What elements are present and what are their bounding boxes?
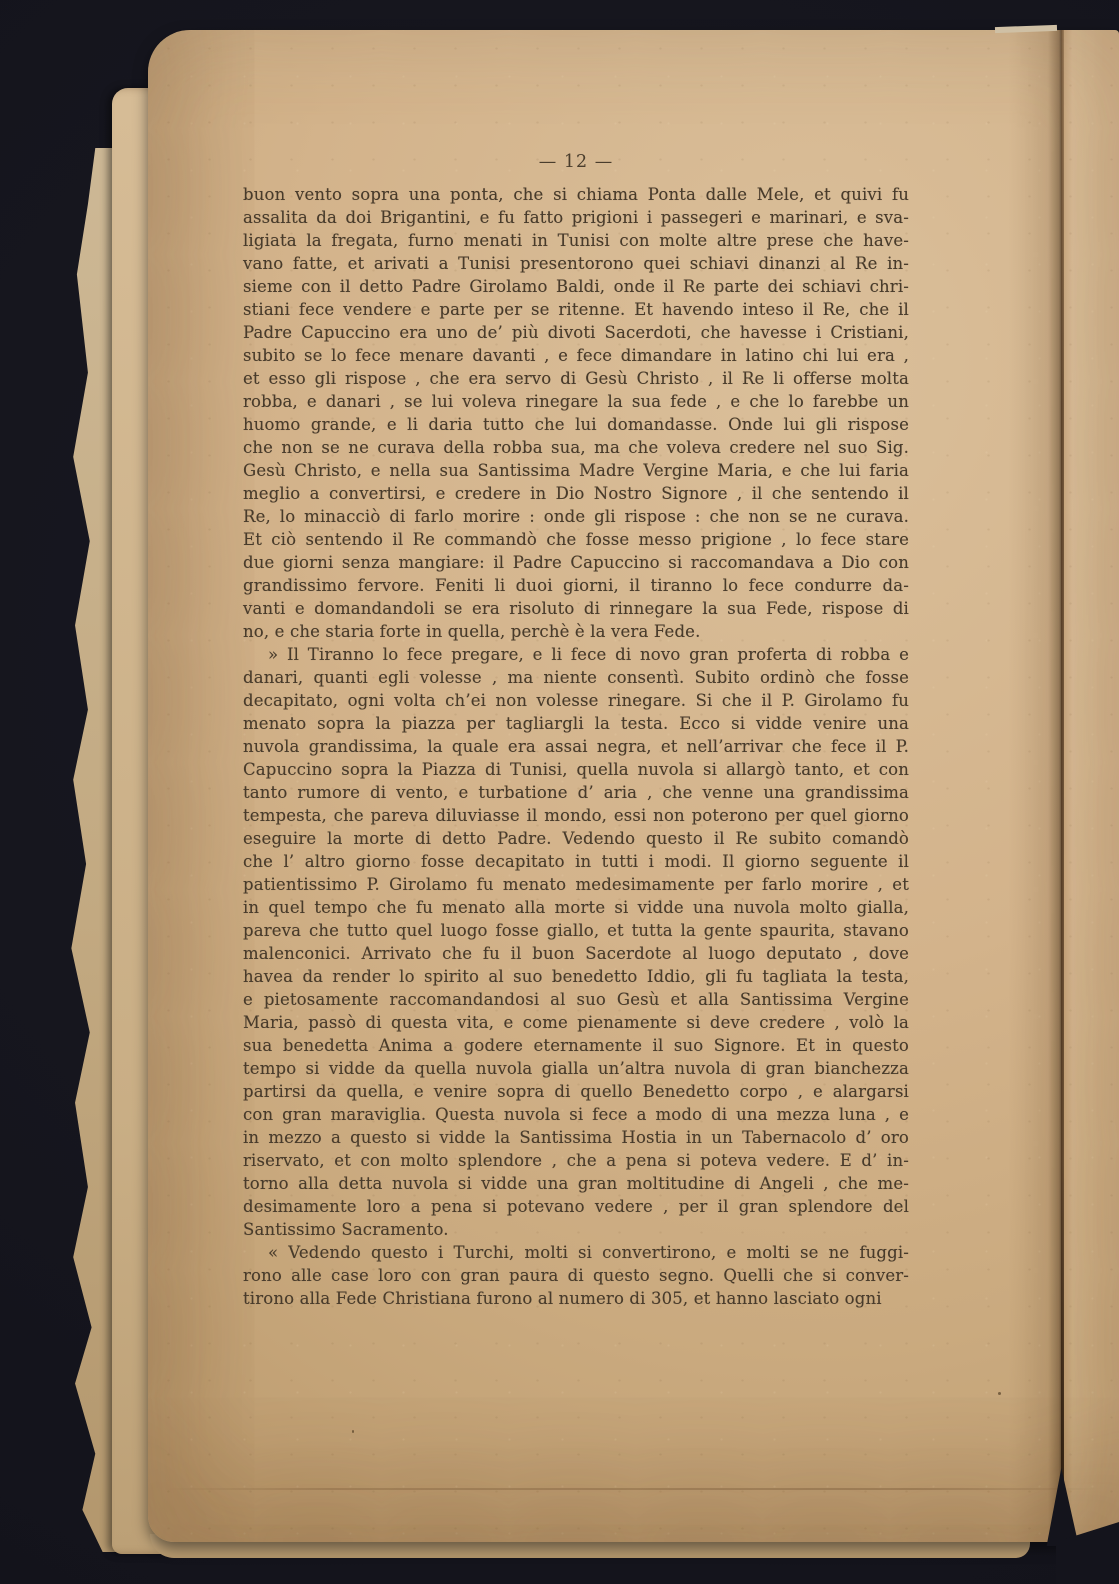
- text-line: Re, lo minacciò di farlo morire : onde g…: [243, 505, 909, 528]
- text-line: Gesù Christo, e nella sua Santissima Mad…: [243, 459, 909, 482]
- text-line: tempesta, che pareva diluviasse il mondo…: [243, 804, 909, 827]
- text-line: vanti e domandandoli se era risoluto di …: [243, 597, 909, 620]
- text-line: buon vento sopra una ponta, che si chiam…: [243, 183, 909, 206]
- text-line: e pietosamente raccomandandosi al suo Ge…: [243, 988, 909, 1011]
- text-line: subito se lo fece menare davanti , e fec…: [243, 344, 909, 367]
- text-line: pareva che tutto quel luogo fosse giallo…: [243, 919, 909, 942]
- paper-speck: [998, 1392, 1001, 1395]
- text-line: stiani fece vendere e parte per se riten…: [243, 298, 909, 321]
- text-line: vano fatte, et arivati a Tunisi presento…: [243, 252, 909, 275]
- text-line: no, e che staria forte in quella, perchè…: [243, 620, 909, 643]
- text-line: huomo grande, e li daria tutto che lui d…: [243, 413, 909, 436]
- text-line: Capuccino sopra la Piazza di Tunisi, que…: [243, 758, 909, 781]
- text-line: tanto rumore di vento, e turbatione d’ a…: [243, 781, 909, 804]
- text-line: che non se ne curava della robba sua, ma…: [243, 436, 909, 459]
- text-line: Padre Capuccino era uno de’ più divoti S…: [243, 321, 909, 344]
- text-line: Et ciò sentendo il Re commandò che fosse…: [243, 528, 909, 551]
- text-line: patientissimo P. Girolamo fu menato mede…: [243, 873, 909, 896]
- text-line: menato sopra la piazza per tagliargli la…: [243, 712, 909, 735]
- book-page: — 12 — buon vento sopra una ponta, che s…: [148, 30, 1119, 1542]
- text-line: sua benedetta Anima a godere eternamente…: [243, 1034, 909, 1057]
- page-fold-line: [162, 1488, 1102, 1490]
- text-line: havea da render lo spirito al suo benede…: [243, 965, 909, 988]
- page-number: — 12 —: [243, 152, 909, 172]
- text-line: riservato, et con molto splendore , che …: [243, 1149, 909, 1172]
- text-line: con gran maraviglia. Questa nuvola si fe…: [243, 1103, 909, 1126]
- text-line: due giorni senza mangiare: il Padre Capu…: [243, 551, 909, 574]
- text-line: in quel tempo che fu menato alla morte s…: [243, 896, 909, 919]
- text-line: danari, quanti egli volesse , ma niente …: [243, 666, 909, 689]
- text-line: » Il Tiranno lo fece pregare, e li fece …: [243, 643, 909, 666]
- text-line: partirsi da quella, e venire sopra di qu…: [243, 1080, 909, 1103]
- text-line: tirono alla Fede Christiana furono al nu…: [243, 1287, 909, 1310]
- text-line: decapitato, ogni volta ch’ei non volesse…: [243, 689, 909, 712]
- gutter-crease: [1061, 30, 1064, 1542]
- text-line: eseguire la morte di detto Padre. Vedend…: [243, 827, 909, 850]
- text-line: « Vedendo questo i Turchi, molti si conv…: [243, 1241, 909, 1264]
- text-line: sieme con il detto Padre Girolamo Baldi,…: [243, 275, 909, 298]
- paragraph: buon vento sopra una ponta, che si chiam…: [243, 183, 909, 643]
- text-line: et esso gli rispose , che era servo di G…: [243, 367, 909, 390]
- text-line: Maria, passò di questa vita, e come pien…: [243, 1011, 909, 1034]
- text-line: desimamente loro a pena si potevano vede…: [243, 1195, 909, 1218]
- page-body: buon vento sopra una ponta, che si chiam…: [243, 183, 909, 1310]
- paper-speck: [352, 1430, 354, 1433]
- text-line: rono alle case loro con gran paura di qu…: [243, 1264, 909, 1287]
- book-photo: — 12 — buon vento sopra una ponta, che s…: [0, 0, 1119, 1584]
- text-line: torno alla detta nuvola si vidde una gra…: [243, 1172, 909, 1195]
- text-line: malenconici. Arrivato che fu il buon Sac…: [243, 942, 909, 965]
- paragraph: » Il Tiranno lo fece pregare, e li fece …: [243, 643, 909, 1241]
- text-line: Santissimo Sacramento.: [243, 1218, 909, 1241]
- text-line: meglio a convertirsi, e credere in Dio N…: [243, 482, 909, 505]
- text-line: ligiata la fregata, furno menati in Tuni…: [243, 229, 909, 252]
- text-line: grandissimo fervore. Feniti li duoi gior…: [243, 574, 909, 597]
- text-line: nuvola grandissima, la quale era assai n…: [243, 735, 909, 758]
- text-line: in mezzo a questo si vidde la Santissima…: [243, 1126, 909, 1149]
- paragraph: « Vedendo questo i Turchi, molti si conv…: [243, 1241, 909, 1310]
- text-line: assalita da doi Brigantini, e fu fatto p…: [243, 206, 909, 229]
- text-line: che l’ altro giorno fosse decapitato in …: [243, 850, 909, 873]
- text-line: tempo si vidde da quella nuvola gialla u…: [243, 1057, 909, 1080]
- text-line: robba, e danari , se lui voleva rinegare…: [243, 390, 909, 413]
